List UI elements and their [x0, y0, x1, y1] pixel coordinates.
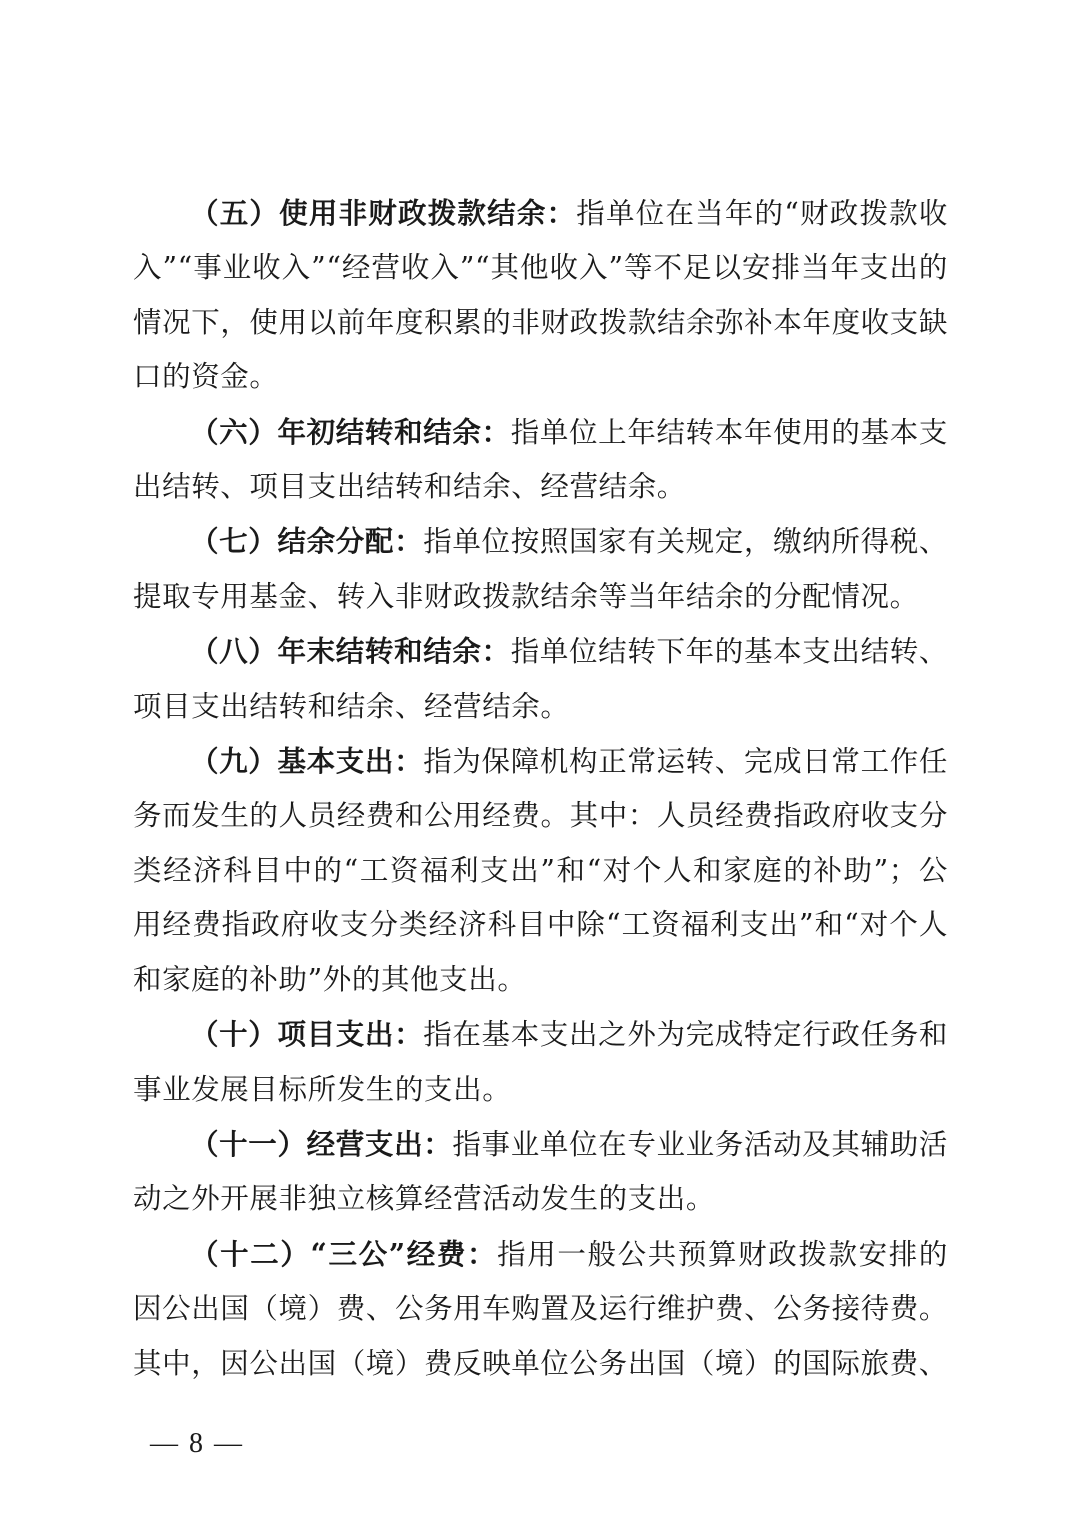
paragraph-10: （十）项目支出：指在基本支出之外为完成特定行政任务和事业发展目标所发生的支出。 [133, 1007, 948, 1117]
paragraph-11: （十一）经营支出：指事业单位在专业业务活动及其辅助活动之外开展非独立核算经营活动… [133, 1117, 948, 1227]
term-heading: （五）使用非财政拨款结余： [190, 196, 576, 230]
term-heading: （十二）“三公”经费： [190, 1237, 497, 1271]
term-heading: （九）基本支出： [190, 744, 423, 778]
paragraph-7: （七）结余分配：指单位按照国家有关规定，缴纳所得税、提取专用基金、转入非财政拨款… [133, 514, 948, 624]
paragraph-12: （十二）“三公”经费：指用一般公共预算财政拨款安排的因公出国（境）费、公务用车购… [133, 1227, 948, 1391]
term-heading: （七）结余分配： [190, 524, 423, 558]
document-page: （五）使用非财政拨款结余：指单位在当年的“财政拨款收入”“事业收入”“经营收入”… [133, 186, 948, 1391]
term-heading: （八）年末结转和结余： [190, 634, 511, 668]
paragraph-body: 指为保障机构正常运转、完成日常工作任务而发生的人员经费和公用经费。其中：人员经费… [133, 745, 948, 996]
term-heading: （十）项目支出： [190, 1017, 423, 1051]
paragraph-9: （九）基本支出：指为保障机构正常运转、完成日常工作任务而发生的人员经费和公用经费… [133, 734, 948, 1007]
paragraph-6: （六）年初结转和结余：指单位上年结转本年使用的基本支出结转、项目支出结转和结余、… [133, 405, 948, 515]
page-number: — 8 — [150, 1428, 244, 1460]
paragraph-8: （八）年末结转和结余：指单位结转下年的基本支出结转、项目支出结转和结余、经营结余… [133, 624, 948, 734]
paragraph-5: （五）使用非财政拨款结余：指单位在当年的“财政拨款收入”“事业收入”“经营收入”… [133, 186, 948, 405]
term-heading: （十一）经营支出： [190, 1127, 452, 1161]
term-heading: （六）年初结转和结余： [190, 415, 511, 449]
